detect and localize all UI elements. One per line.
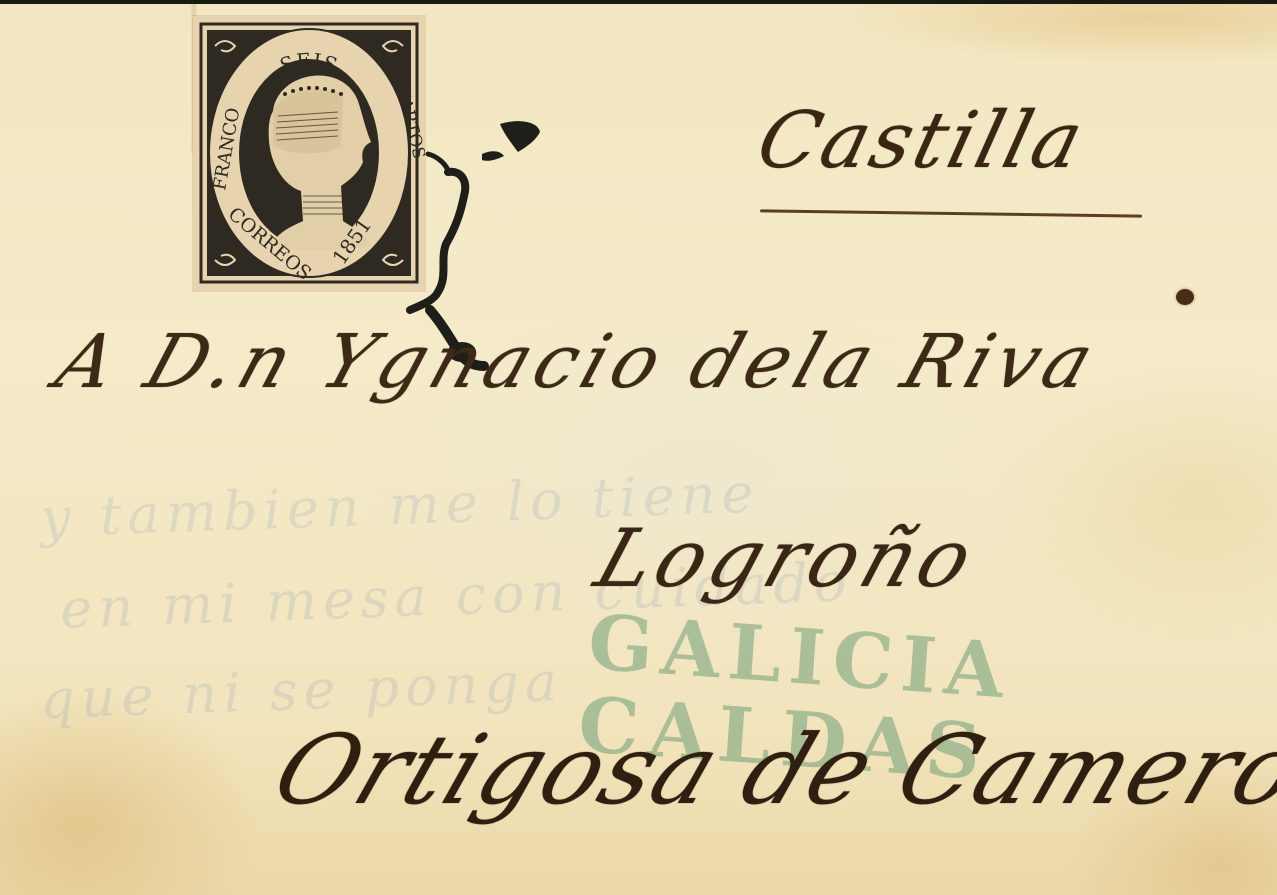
postage-stamp: SEIS FRANCO CUARTOS CORREOS 1851: [193, 16, 425, 291]
route-handwriting: Castilla: [749, 96, 1094, 186]
route-underline: [760, 209, 1142, 217]
envelope: y tambien me lo tiene en mi mesa con cui…: [0, 4, 1277, 895]
city-handwriting: Logroño: [585, 512, 989, 605]
addressee-handwriting: A D.n Ygnacio dela Riva: [46, 319, 1109, 405]
town-handwriting: Ortigosa de Cameros.: [260, 714, 1277, 826]
stamp-design: SEIS FRANCO CUARTOS CORREOS 1851: [193, 16, 425, 291]
ink-blot: [1176, 289, 1194, 305]
